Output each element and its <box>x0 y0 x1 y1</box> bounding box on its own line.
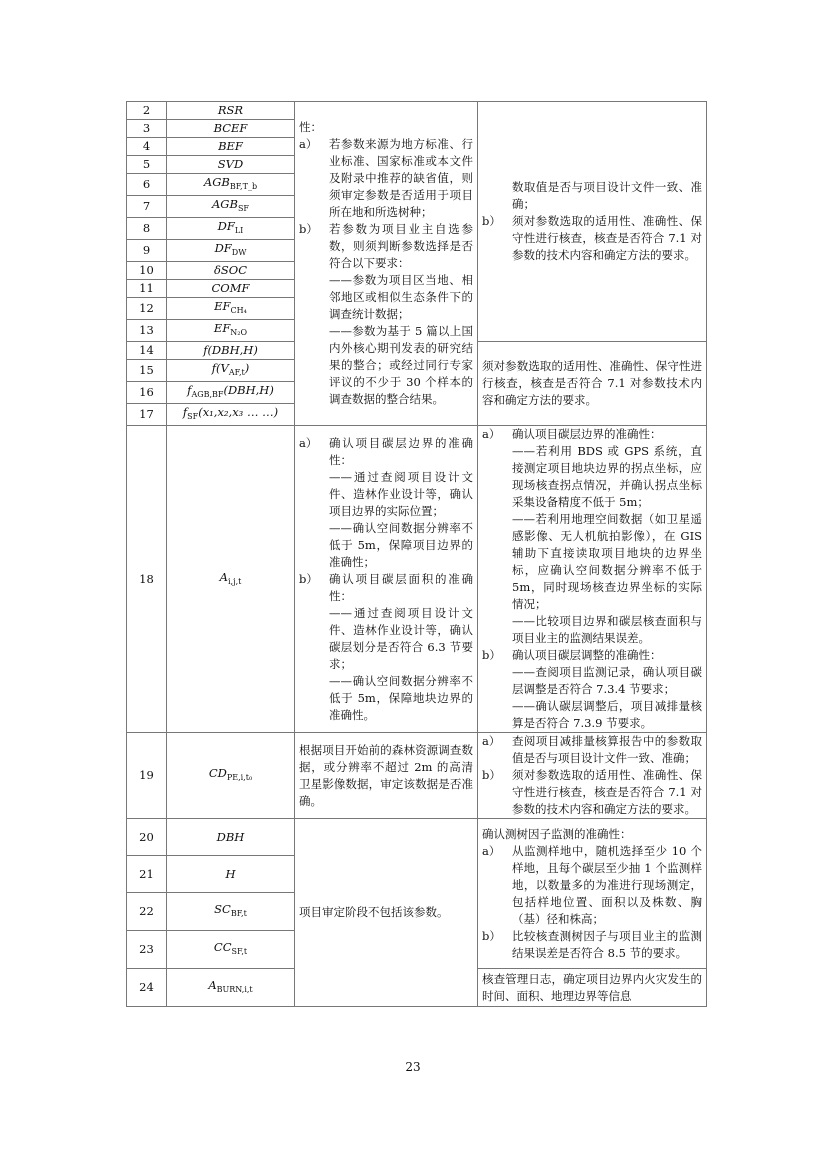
param-symbol: f(DBH,H) <box>167 342 295 360</box>
param-symbol: DFDW <box>167 240 295 262</box>
param-number: 7 <box>127 196 167 218</box>
validation-dash: ——参数为基于 5 篇以上国内外核心期刊发表的研究结果的整合；或经过同行专家评议… <box>299 323 473 408</box>
param-number: 8 <box>127 218 167 240</box>
param-number: 13 <box>127 320 167 342</box>
validation-cell: 根据项目开始前的森林资源调查数据，或分辨率不超过 2m 的高清卫星影像数据，审定… <box>295 733 478 819</box>
param-number: 19 <box>127 733 167 819</box>
table-row: 18 Ai,j,t a）确认项目碳层边界的准确性： ——通过查阅项目设计文件、造… <box>127 426 707 733</box>
param-number: 23 <box>127 931 167 969</box>
param-symbol: BEF <box>167 138 295 156</box>
verification-cell: 须对参数选取的适用性、准确性、保守性进行核查，核查是否符合 7.1 对参数技术内… <box>478 342 707 426</box>
validation-cell: a）确认项目碳层边界的准确性： ——通过查阅项目设计文件、造林作业设计等，确认项… <box>295 426 478 733</box>
param-number: 18 <box>127 426 167 733</box>
param-symbol: BCEF <box>167 120 295 138</box>
param-symbol: fSF(x₁,x₂,x₃ … …) <box>167 404 295 426</box>
param-number: 24 <box>127 969 167 1007</box>
param-number: 17 <box>127 404 167 426</box>
document-page: 2 RSR 性： a） 若参数来源为地方标准、行业标准、国家标准或本文件及附录中… <box>0 0 826 1169</box>
param-number: 14 <box>127 342 167 360</box>
param-symbol: DFLI <box>167 218 295 240</box>
param-number: 12 <box>127 298 167 320</box>
param-symbol: Ai,j,t <box>167 426 295 733</box>
validation-cell: 性： a） 若参数来源为地方标准、行业标准、国家标准或本文件及附录中推荐的缺省值… <box>295 102 478 426</box>
table-row: 20 DBH 项目审定阶段不包括该参数。 确认测树因子监测的准确性： a）从监测… <box>127 819 707 856</box>
param-number: 15 <box>127 360 167 382</box>
validation-item-b: b） 若参数为项目业主自选参数，则须判断参数选择是否符合以下要求： <box>299 221 473 272</box>
param-symbol: DBH <box>167 819 295 856</box>
verification-text: 须对参数选取的适用性、准确性、保守性进行核查，核查是否符合 7.1 对参数技术内… <box>482 358 702 409</box>
validation-item-a: a） 若参数来源为地方标准、行业标准、国家标准或本文件及附录中推荐的缺省值，则须… <box>299 136 473 221</box>
param-number: 16 <box>127 382 167 404</box>
param-symbol: SCBF,t <box>167 893 295 931</box>
parameter-verification-table: 2 RSR 性： a） 若参数来源为地方标准、行业标准、国家标准或本文件及附录中… <box>126 101 707 1007</box>
page-number: 23 <box>0 1060 826 1074</box>
param-symbol: SVD <box>167 156 295 174</box>
verification-item-b: b） 须对参数选取的适用性、准确性、保守性进行核查，核查是否符合 7.1 对参数… <box>482 213 702 264</box>
validation-cell: 项目审定阶段不包括该参数。 <box>295 819 478 1007</box>
verification-cell: a）确认项目碳层边界的准确性： ——若利用 BDS 或 GPS 系统，直接测定项… <box>478 426 707 733</box>
param-symbol: CDPE,i,t₀ <box>167 733 295 819</box>
table-row: 2 RSR 性： a） 若参数来源为地方标准、行业标准、国家标准或本文件及附录中… <box>127 102 707 120</box>
param-number: 6 <box>127 174 167 196</box>
param-symbol: COMF <box>167 280 295 298</box>
param-number: 5 <box>127 156 167 174</box>
param-symbol: δSOC <box>167 262 295 280</box>
param-symbol: f(VAF,t) <box>167 360 295 382</box>
param-symbol: AGBSF <box>167 196 295 218</box>
param-symbol: ABURN,i,t <box>167 969 295 1007</box>
param-symbol: AGBBF,T_b <box>167 174 295 196</box>
verification-cell: 数取值是否与项目设计文件一致、准确； b） 须对参数选取的适用性、准确性、保守性… <box>478 102 707 342</box>
param-symbol: EFN₂O <box>167 320 295 342</box>
validation-lead: 性： <box>299 119 473 136</box>
param-symbol: H <box>167 856 295 893</box>
param-symbol: EFCH₄ <box>167 298 295 320</box>
validation-dash: ——参数为项目区当地、相邻地区或相似生态条件下的调查统计数据； <box>299 272 473 323</box>
param-number: 11 <box>127 280 167 298</box>
verification-item-a-continued: 数取值是否与项目设计文件一致、准确； <box>482 179 702 213</box>
verification-cell: a）查阅项目减排量核算报告中的参数取值是否与项目设计文件一致、准确； b）须对参… <box>478 733 707 819</box>
param-number: 22 <box>127 893 167 931</box>
param-number: 10 <box>127 262 167 280</box>
param-number: 9 <box>127 240 167 262</box>
param-number: 4 <box>127 138 167 156</box>
table-row: 19 CDPE,i,t₀ 根据项目开始前的森林资源调查数据，或分辨率不超过 2m… <box>127 733 707 819</box>
verification-cell: 核查管理日志，确定项目边界内火灾发生的时间、面积、地理边界等信息 <box>478 969 707 1007</box>
param-symbol: CCSF,t <box>167 931 295 969</box>
param-number: 2 <box>127 102 167 120</box>
param-symbol: fAGB,BF(DBH,H) <box>167 382 295 404</box>
param-number: 3 <box>127 120 167 138</box>
verification-cell: 确认测树因子监测的准确性： a）从监测样地中，随机选择至少 10 个样地，且每个… <box>478 819 707 969</box>
param-number: 21 <box>127 856 167 893</box>
param-symbol: RSR <box>167 102 295 120</box>
param-number: 20 <box>127 819 167 856</box>
